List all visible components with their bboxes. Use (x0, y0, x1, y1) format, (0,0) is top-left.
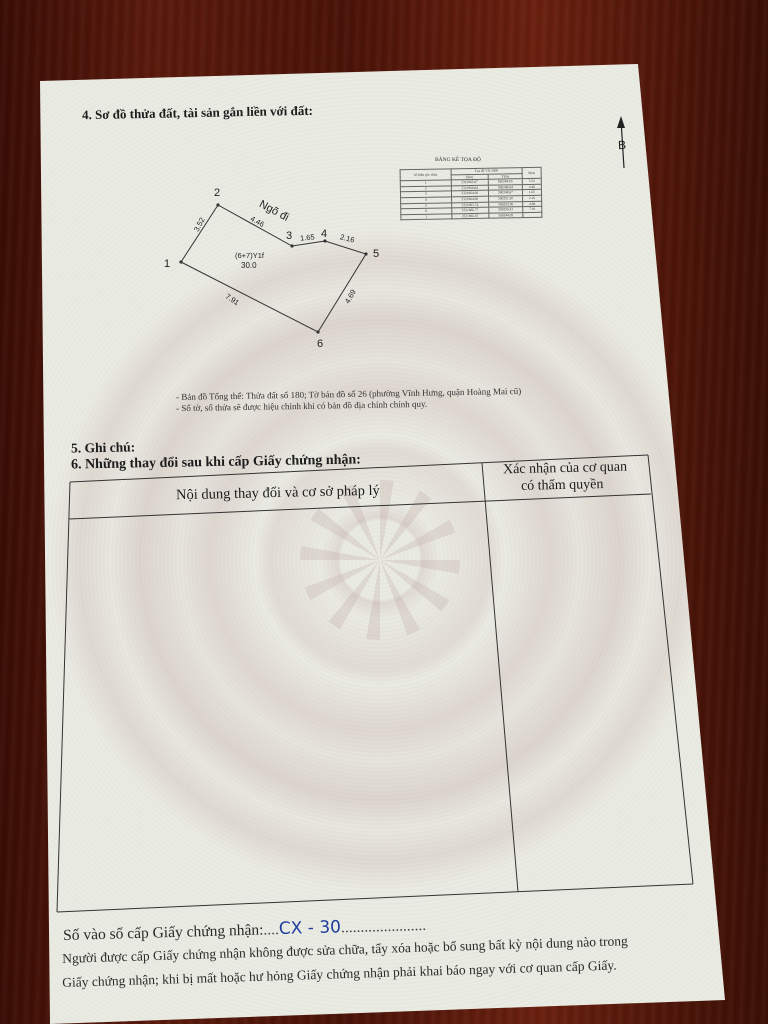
changes-content-cell[interactable] (75, 525, 505, 895)
registry-number-handwritten: CX - 30 (279, 917, 342, 939)
changes-col-approval-header-line2: có thẩm quyền (521, 477, 604, 495)
changes-col-approval-header-line1: Xác nhận của cơ quan (503, 460, 627, 479)
changes-approval-cell[interactable] (495, 500, 680, 880)
registry-leader: .... (263, 921, 279, 938)
registry-trailing-dots: ...................... (341, 917, 427, 936)
